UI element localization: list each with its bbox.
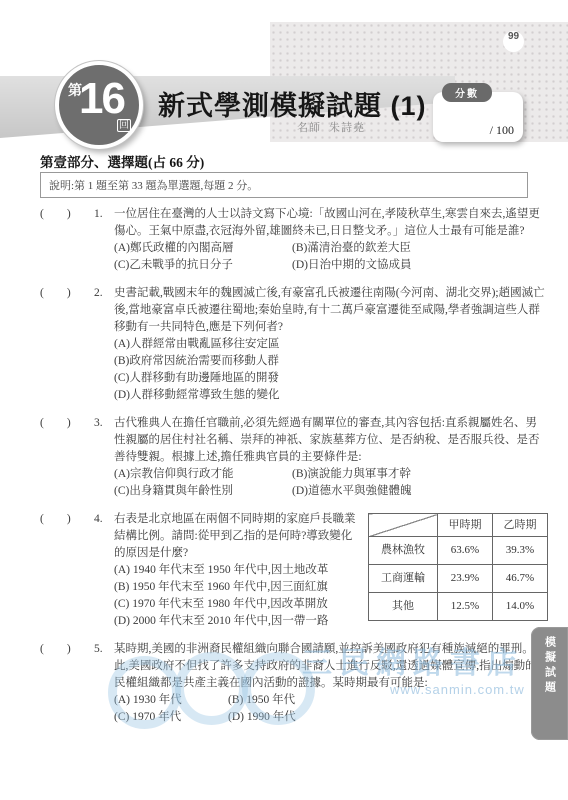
cell-value: 46.7% <box>493 565 548 593</box>
answer-bracket: ( ) <box>40 641 94 726</box>
option-c: (C)人群移動有助邊陲地區的開發 <box>114 370 548 387</box>
question-list: ( ) 1. 一位居住在臺灣的人士以詩文寫下心境:「故國山河在,孝陵秋草生,寒雲… <box>40 206 548 737</box>
chapter-side-tab: 模擬試題 <box>531 627 568 740</box>
teacher-label: 名師 <box>297 122 321 134</box>
question-body: 一位居住在臺灣的人士以詩文寫下心境:「故國山河在,孝陵秋草生,寒雲自來去,遙望更… <box>114 206 548 274</box>
question-2: ( ) 2. 史書記載,戰國末年的魏國滅亡後,有豪富孔氏被遷往南陽(今河南、湖北… <box>40 285 548 404</box>
option-group: (A) 1930 年代 (B) 1950 年代 (C) 1970 年代 (D) … <box>114 692 548 726</box>
option-c: (C)出身籍貫與年齡性別 <box>114 483 292 500</box>
question-number: 3. <box>94 415 114 500</box>
option-d: (D)日治中期的文協成員 <box>292 257 548 274</box>
page-number: 99 <box>503 31 524 52</box>
side-tab-label: 模擬試題 <box>542 636 558 696</box>
option-b: (B)政府常因統治需要而移動人群 <box>114 353 548 370</box>
option-a: (A) 1930 年代 <box>114 692 228 709</box>
option-b: (B)演說能力與軍事才幹 <box>292 466 548 483</box>
answer-bracket: ( ) <box>40 206 94 274</box>
row-label: 農林漁牧 <box>369 537 438 565</box>
instruction-box: 說明:第 1 題至第 33 題為單選題,每題 2 分。 <box>40 172 528 198</box>
question-body: 史書記載,戰國末年的魏國滅亡後,有豪富孔氏被遷往南陽(今河南、湖北交界);趙國滅… <box>114 285 548 404</box>
question-number: 2. <box>94 285 114 404</box>
option-a: (A)鄭氏政權的內閣高層 <box>114 240 292 257</box>
row-label: 其他 <box>369 593 438 621</box>
row-label: 工商運輸 <box>369 565 438 593</box>
option-c: (C) 1970 年代 <box>114 709 228 726</box>
table-row: 農林漁牧 63.6% 39.3% <box>369 537 548 565</box>
section-heading: 第壹部分、選擇題(占 66 分) <box>40 151 204 171</box>
table-col-header: 甲時期 <box>438 514 493 537</box>
answer-bracket: ( ) <box>40 511 94 630</box>
table-row: 工商運輸 23.9% 46.7% <box>369 565 548 593</box>
question-1: ( ) 1. 一位居住在臺灣的人士以詩文寫下心境:「故國山河在,孝陵秋草生,寒雲… <box>40 206 548 274</box>
question-body: 某時期,美國的非洲裔民權組織向聯合國請願,並控訴美國政府犯有種族滅絕的罪刑。對此… <box>114 641 548 726</box>
option-d: (D)道德水平與強健體魄 <box>292 483 548 500</box>
option-group: (A)宗教信仰與行政才能 (B)演說能力與軍事才幹 (C)出身籍貫與年齡性別 (… <box>114 466 548 500</box>
round-suffix: 回 <box>117 119 131 132</box>
exam-page: 第 16 回 新式學測模擬試題 (1) 名師朱詩堯 分數 / 100 99 第壹… <box>0 0 568 800</box>
option-c: (C)乙未戰爭的抗日分子 <box>114 257 292 274</box>
teacher-name: 朱詩堯 <box>329 122 365 134</box>
cell-value: 12.5% <box>438 593 493 621</box>
option-a: (A)宗教信仰與行政才能 <box>114 466 292 483</box>
question-stem: 某時期,美國的非洲裔民權組織向聯合國請願,並控訴美國政府犯有種族滅絕的罪刑。對此… <box>114 641 548 692</box>
occupation-structure-table: 甲時期 乙時期 農林漁牧 63.6% 39.3% 工商運輸 23.9% 46.7… <box>368 513 548 621</box>
question-4: ( ) 4. 甲時期 乙時期 農林漁牧 63.6% 39.3% 工商運輸 <box>40 511 548 630</box>
question-number: 5. <box>94 641 114 726</box>
cell-value: 39.3% <box>493 537 548 565</box>
option-d: (D)人群移動經常導致生態的變化 <box>114 387 548 404</box>
option-b: (B)滿清治臺的欽差大臣 <box>292 240 548 257</box>
round-number: 16 <box>79 74 124 124</box>
score-label: 分數 <box>442 83 492 102</box>
option-group: (A)鄭氏政權的內閣高層 (B)滿清治臺的欽差大臣 (C)乙未戰爭的抗日分子 (… <box>114 240 548 274</box>
table-diagonal-cell <box>369 514 438 537</box>
teacher-credit: 名師朱詩堯 <box>297 119 373 135</box>
question-body: 甲時期 乙時期 農林漁牧 63.6% 39.3% 工商運輸 23.9% 46.7… <box>114 511 548 630</box>
option-a: (A)人群經常由戰亂區移往安定區 <box>114 336 548 353</box>
page-title: 新式學測模擬試題 (1) <box>158 84 427 123</box>
cell-value: 23.9% <box>438 565 493 593</box>
question-stem: 一位居住在臺灣的人士以詩文寫下心境:「故國山河在,孝陵秋草生,寒雲自來去,遙望更… <box>114 206 548 240</box>
table-col-header: 乙時期 <box>493 514 548 537</box>
question-stem: 史書記載,戰國末年的魏國滅亡後,有豪富孔氏被遷往南陽(今河南、湖北交界);趙國滅… <box>114 285 548 336</box>
question-body: 古代雅典人在擔任官職前,必須先經過有關單位的審查,其內容包括:直系親屬姓名、男性… <box>114 415 548 500</box>
option-b: (B) 1950 年代 <box>228 692 548 709</box>
option-group: (A)人群經常由戰亂區移往安定區 (B)政府常因統治需要而移動人群 (C)人群移… <box>114 336 548 404</box>
option-d: (D) 1990 年代 <box>228 709 548 726</box>
cell-value: 63.6% <box>438 537 493 565</box>
answer-bracket: ( ) <box>40 415 94 500</box>
cell-value: 14.0% <box>493 593 548 621</box>
question-number: 4. <box>94 511 114 630</box>
table-row: 其他 12.5% 14.0% <box>369 593 548 621</box>
round-badge: 第 16 回 <box>55 61 143 149</box>
question-5: ( ) 5. 某時期,美國的非洲裔民權組織向聯合國請願,並控訴美國政府犯有種族滅… <box>40 641 548 726</box>
question-stem: 古代雅典人在擔任官職前,必須先經過有關單位的審查,其內容包括:直系親屬姓名、男性… <box>114 415 548 466</box>
score-box: 分數 / 100 <box>433 92 523 142</box>
question-number: 1. <box>94 206 114 274</box>
question-3: ( ) 3. 古代雅典人在擔任官職前,必須先經過有關單位的審查,其內容包括:直系… <box>40 415 548 500</box>
score-total: / 100 <box>490 123 514 138</box>
answer-bracket: ( ) <box>40 285 94 404</box>
